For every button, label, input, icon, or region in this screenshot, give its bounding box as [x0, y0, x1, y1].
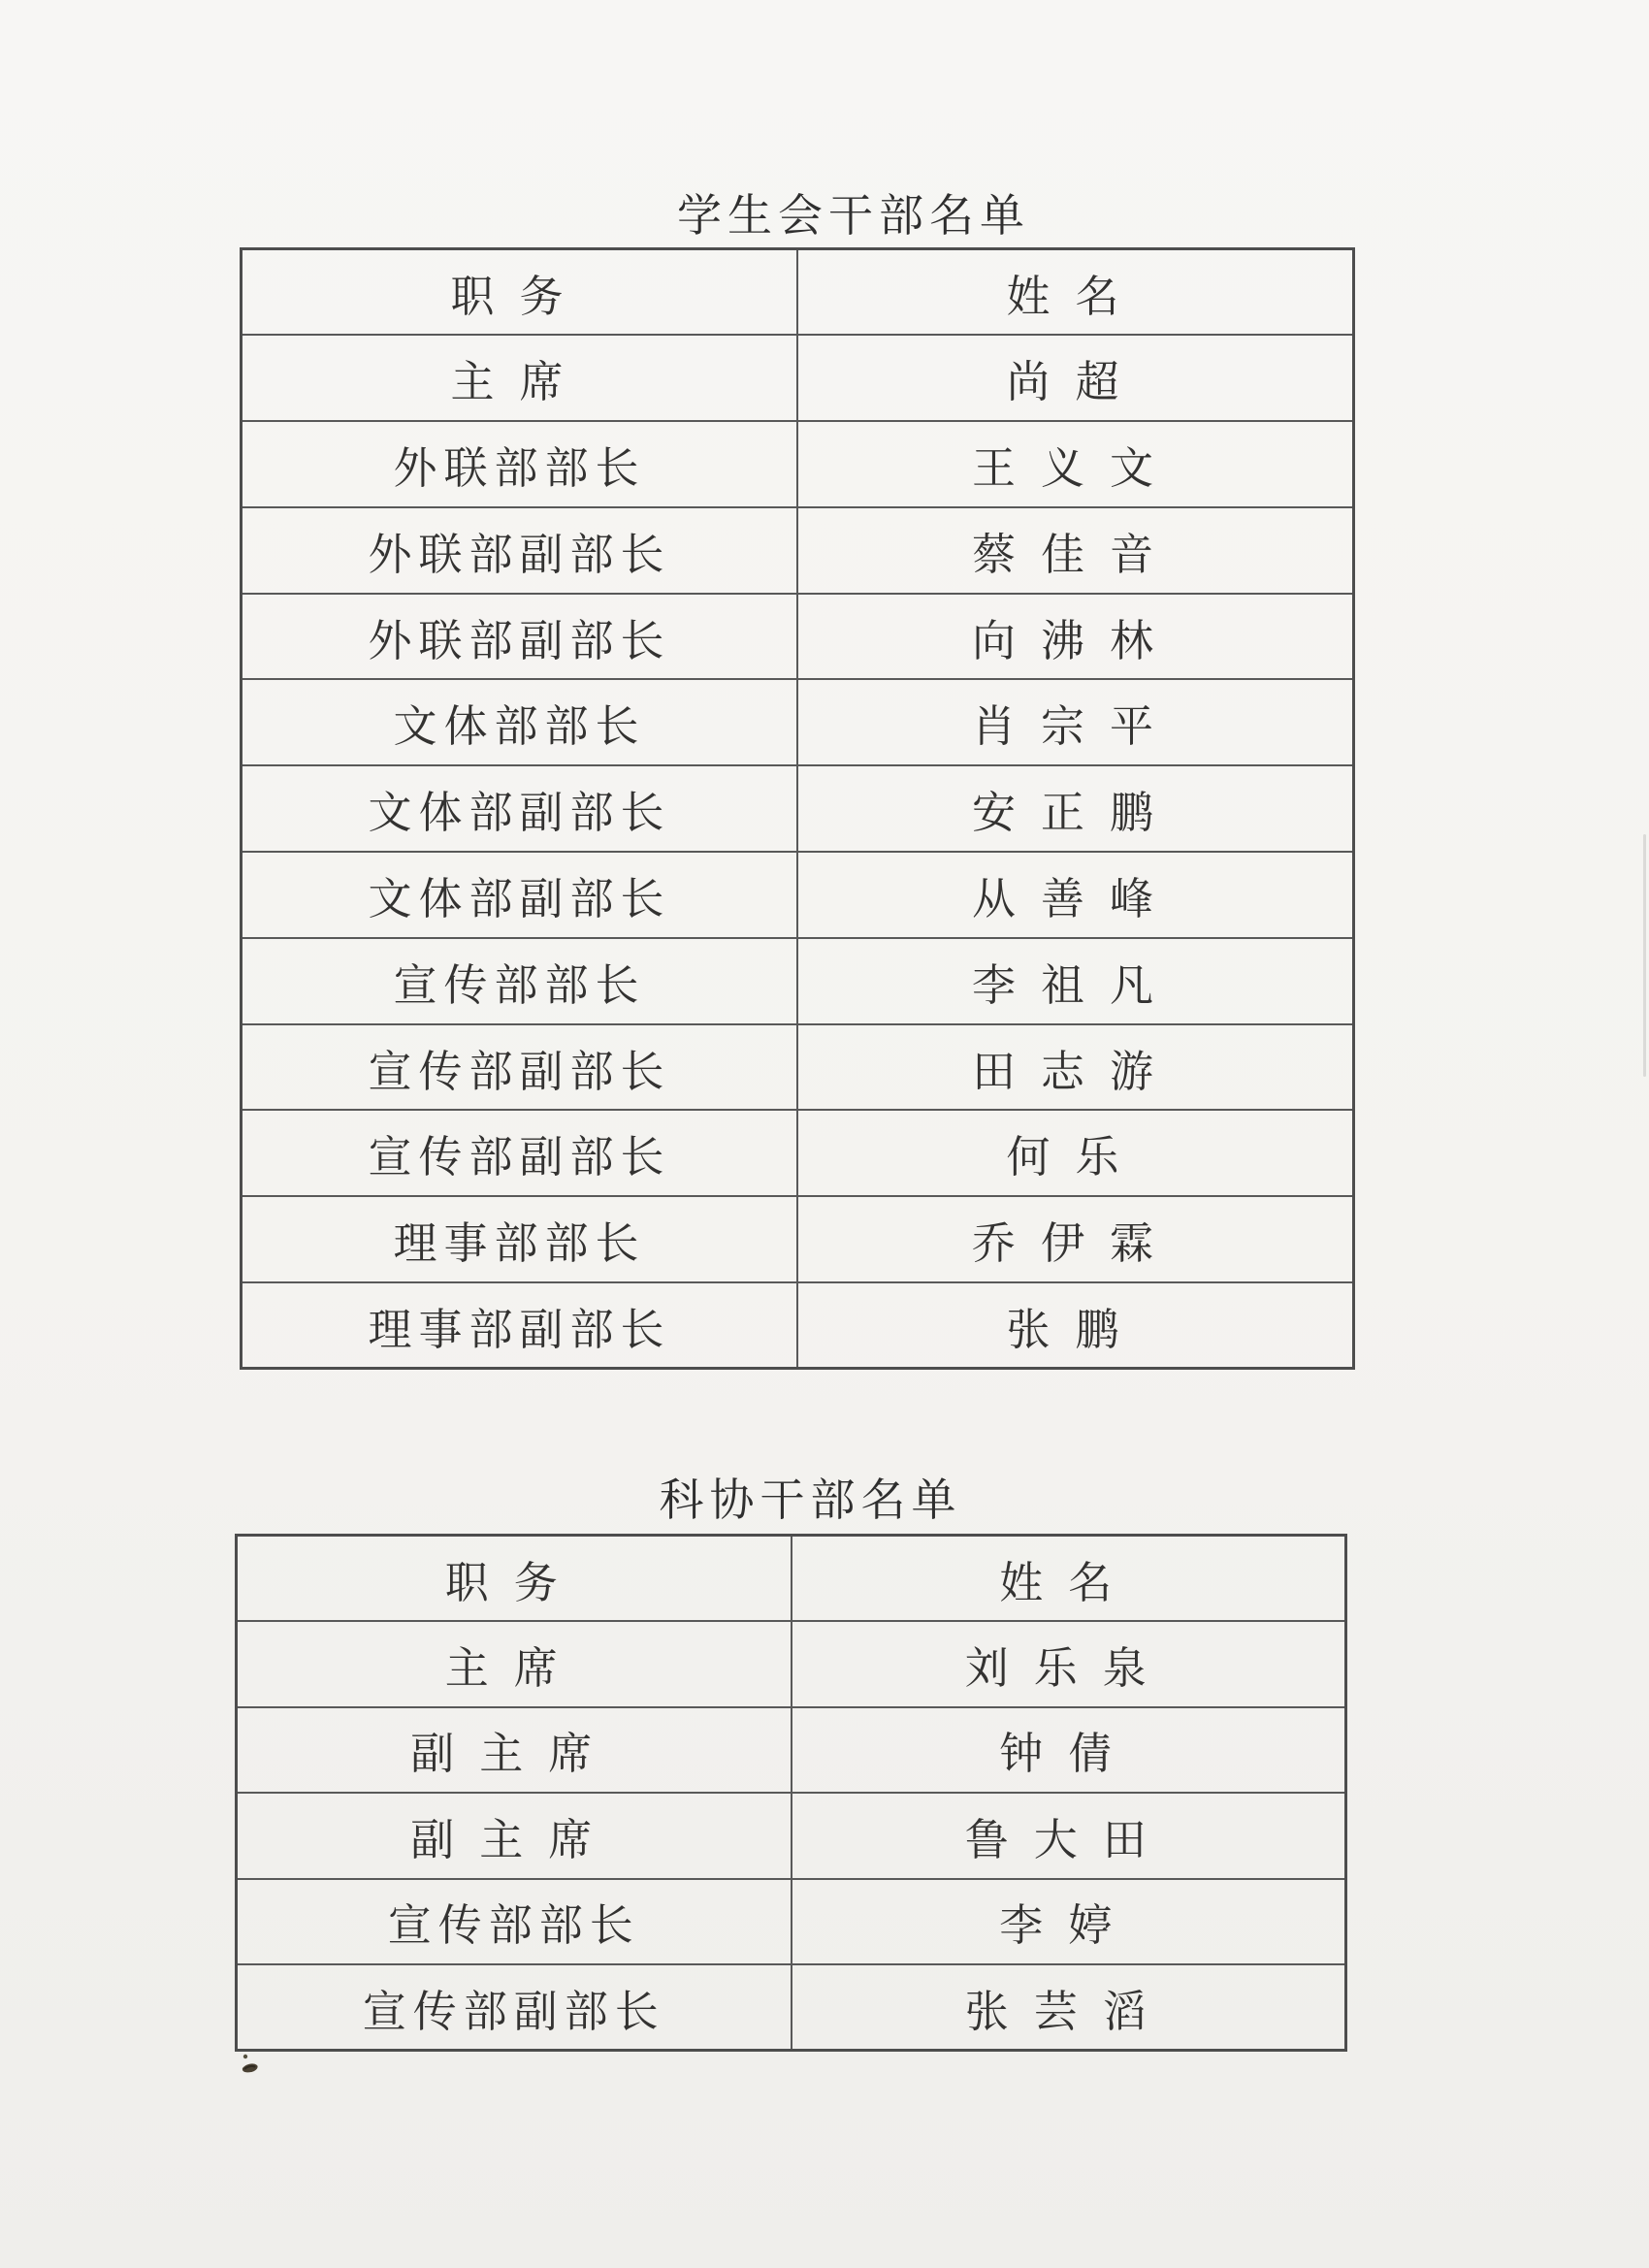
cell-position: 副主席 [237, 1793, 792, 1879]
science-association-roster-title: 科协干部名单 [254, 1465, 1367, 1529]
cell-position: 外联部副部长 [242, 507, 798, 594]
cell-name: 尚超 [797, 335, 1354, 421]
cell-name: 从善峰 [797, 852, 1354, 938]
cell-name: 向沸林 [797, 594, 1354, 680]
cell-position: 外联部副部长 [242, 594, 798, 680]
cell-name: 刘乐泉 [792, 1621, 1346, 1707]
table-row: 宣传部部长李祖凡 [242, 938, 1354, 1024]
table-row: 文体部部长肖宗平 [242, 679, 1354, 765]
cell-position: 文体部部长 [242, 679, 798, 765]
table-row: 外联部副部长蔡佳音 [242, 507, 1354, 594]
cell-name: 张鹏 [797, 1282, 1354, 1369]
cell-name: 钟倩 [792, 1707, 1346, 1794]
cell-name: 田志游 [797, 1024, 1354, 1111]
cell-position: 外联部部长 [242, 421, 798, 507]
cell-position: 文体部副部长 [242, 852, 798, 938]
cell-position: 理事部副部长 [242, 1282, 798, 1369]
table-row: 宣传部部长李婷 [237, 1879, 1346, 1965]
cell-position: 宣传部副部长 [242, 1024, 798, 1111]
table-header-row: 职务姓名 [242, 249, 1354, 336]
cell-position: 宣传部部长 [237, 1879, 792, 1965]
cell-name: 何乐 [797, 1110, 1354, 1196]
science-association-roster-table: 职务姓名主席刘乐泉副主席钟倩副主席鲁大田宣传部部长李婷宣传部副部长张芸滔 [235, 1534, 1347, 2052]
cell-name: 鲁大田 [792, 1793, 1346, 1879]
cell-name: 张芸滔 [792, 1964, 1346, 2051]
table-row: 副主席钟倩 [237, 1707, 1346, 1794]
table-row: 文体部副部长安正鹏 [242, 765, 1354, 852]
cell-position: 主席 [242, 335, 798, 421]
scanned-document-page: 学生会干部名单 职务姓名主席尚超外联部部长王义文外联部副部长蔡佳音外联部副部长向… [0, 0, 1649, 2268]
table-row: 文体部副部长从善峰 [242, 852, 1354, 938]
table-row: 理事部副部长张鹏 [242, 1282, 1354, 1369]
column-header: 职务 [242, 249, 798, 336]
cell-name: 王义文 [797, 421, 1354, 507]
cell-position: 文体部副部长 [242, 765, 798, 852]
student-union-roster-table: 职务姓名主席尚超外联部部长王义文外联部副部长蔡佳音外联部副部长向沸林文体部部长肖… [240, 247, 1355, 1370]
table-row: 理事部部长乔伊霖 [242, 1196, 1354, 1282]
cell-name: 肖宗平 [797, 679, 1354, 765]
table-row: 外联部部长王义文 [242, 421, 1354, 507]
cell-name: 李婷 [792, 1879, 1346, 1965]
cell-position: 宣传部部长 [242, 938, 798, 1024]
table-row: 主席刘乐泉 [237, 1621, 1346, 1707]
table-header-row: 职务姓名 [237, 1536, 1346, 1622]
scanner-edge-artifact [1643, 834, 1646, 1077]
table-row: 宣传部副部长张芸滔 [237, 1964, 1346, 2051]
cell-position: 宣传部副部长 [242, 1110, 798, 1196]
cell-position: 副主席 [237, 1707, 792, 1794]
cell-position: 理事部部长 [242, 1196, 798, 1282]
ink-blot-mark [233, 2049, 268, 2084]
cell-position: 主席 [237, 1621, 792, 1707]
table-row: 副主席鲁大田 [237, 1793, 1346, 1879]
column-header: 姓名 [797, 249, 1354, 336]
student-union-roster-title: 学生会干部名单 [296, 180, 1411, 244]
cell-position: 宣传部副部长 [237, 1964, 792, 2051]
column-header: 职务 [237, 1536, 792, 1622]
cell-name: 乔伊霖 [797, 1196, 1354, 1282]
table-row: 主席尚超 [242, 335, 1354, 421]
cell-name: 安正鹏 [797, 765, 1354, 852]
table-row: 外联部副部长向沸林 [242, 594, 1354, 680]
cell-name: 李祖凡 [797, 938, 1354, 1024]
cell-name: 蔡佳音 [797, 507, 1354, 594]
column-header: 姓名 [792, 1536, 1346, 1622]
table-row: 宣传部副部长田志游 [242, 1024, 1354, 1111]
table-row: 宣传部副部长何乐 [242, 1110, 1354, 1196]
